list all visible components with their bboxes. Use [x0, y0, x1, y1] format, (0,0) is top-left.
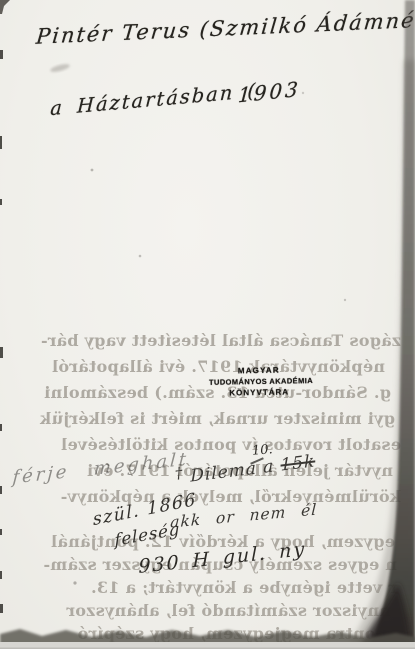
pencil-struck-value: 15k: [280, 451, 315, 475]
stamp-line-3: KÖNYVTÁRA: [209, 386, 309, 399]
pencil-cross-mark: †: [174, 464, 184, 483]
scanned-document-page: { "page": { "kind": "scanned archival ca…: [0, 0, 415, 649]
bleedthrough-line: gyi miniszter urnak, miért is felkérjük: [38, 406, 401, 432]
bleedthrough-line: nnyiszor számítandó fel, ahányszor: [38, 599, 401, 622]
bleedthrough-line: zágos Tanácsa által létesített vagy bár-: [38, 328, 401, 354]
stamp-line-2: TUDOMÁNYOS AKADÉMIA: [209, 375, 309, 388]
bleedthrough-line: pontra megjegyzem, hogy szépíró: [38, 622, 401, 645]
bleedthrough-line: esatolt rovatos ív pontos kitöltésével: [38, 432, 401, 458]
library-stamp: MAGYAR TUDOMÁNYOS AKADÉMIA KÖNYVTÁRA: [209, 364, 310, 399]
bleedthrough-line: r vette igénybe a könyvtárt; a 13.: [38, 576, 401, 599]
bleedthrough-line: körülményekről, melyek a népkönyv-: [38, 484, 401, 510]
